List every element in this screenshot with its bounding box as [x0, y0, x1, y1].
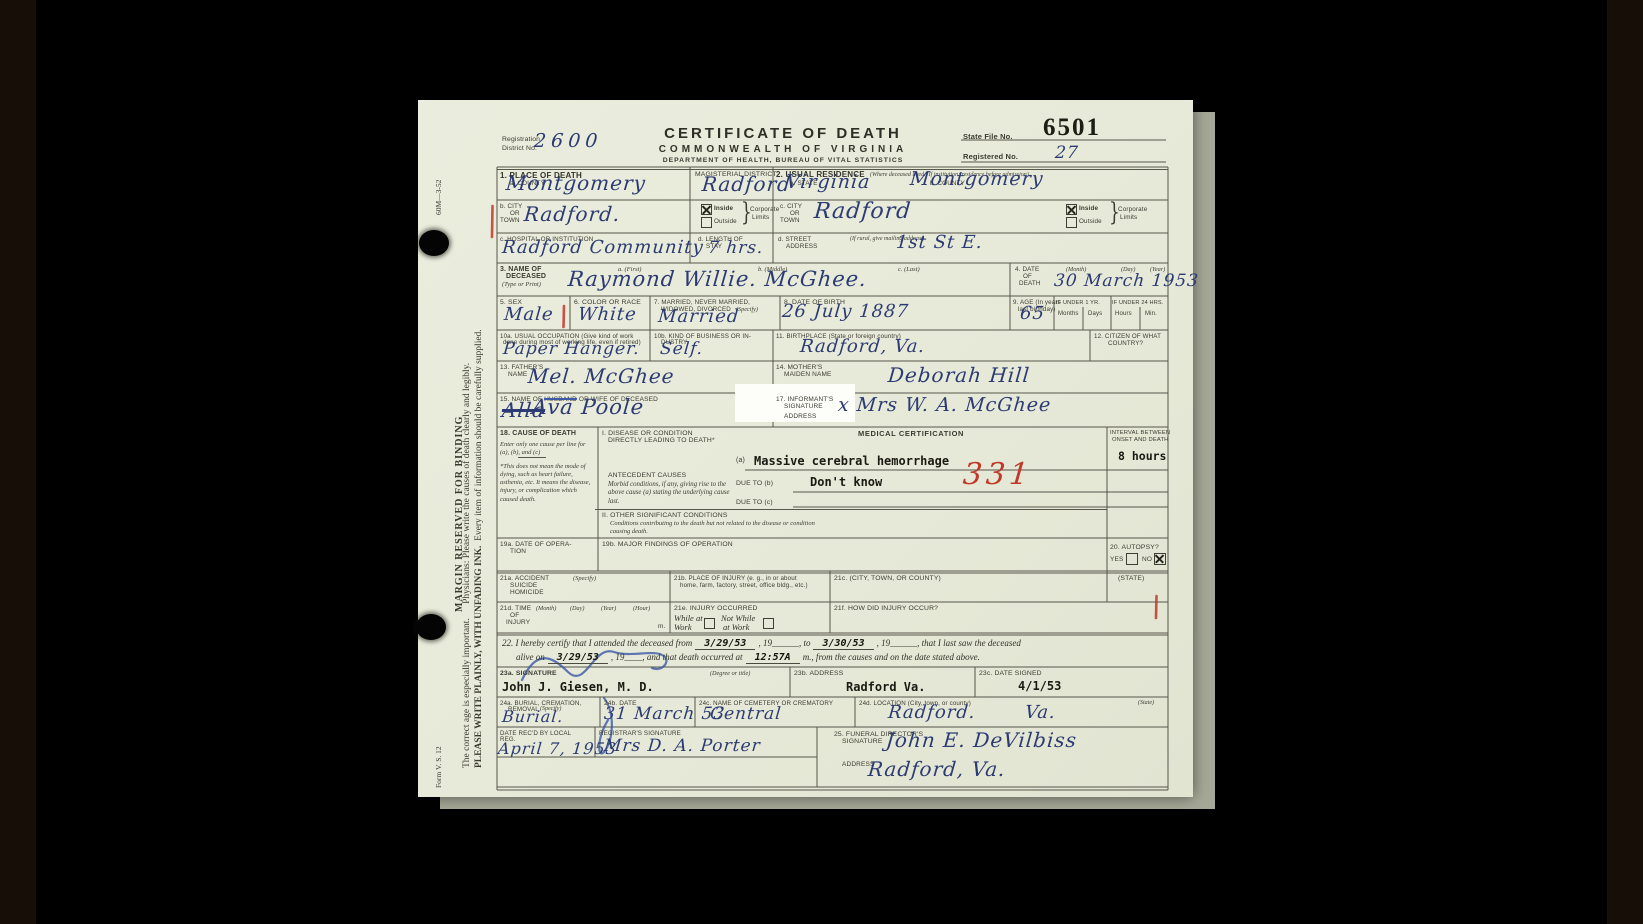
date-signed-label: 23c. DATE SIGNED [979, 670, 1042, 678]
date-signed-value: 4/1/53 [1018, 679, 1061, 693]
injury-state-label: (STATE) [1118, 575, 1144, 583]
other-conditions-label: II. OTHER SIGNIFICANT CONDITIONS [602, 512, 728, 520]
business-value: Self. [659, 341, 704, 358]
date-of-death-label-3: DEATH [1019, 280, 1041, 287]
attended-to-date: 3/30/53 [813, 638, 873, 650]
physicians-note: Physicians: Please write the causes of d… [462, 363, 472, 618]
time-of-death-value: 12:57A [746, 652, 800, 664]
registration-district-value: 2600 [533, 132, 603, 151]
funeral-director-value: John E. DeVilbiss [885, 730, 1078, 750]
interval-value: 8 hours [1118, 449, 1166, 463]
outside-label: Outside [714, 218, 737, 225]
due-to-b-label: DUE TO (b) [736, 480, 773, 488]
age-value: 65 [1019, 305, 1045, 323]
residence-limits-label: Limits [1120, 214, 1137, 221]
spouse-value: Ava Poole [531, 397, 645, 418]
physician-signature-label: 23a. SIGNATURE [500, 670, 557, 678]
red-code-331: 331 [962, 460, 1034, 490]
autopsy-yes-checkbox [1126, 553, 1138, 565]
residence-inside-checkbox-checked [1066, 204, 1077, 215]
if-under-24hrs-label: IF UNDER 24 HRS. [1112, 300, 1164, 306]
residence-corporate-label: Corporate [1118, 206, 1147, 213]
state-file-label: State File No. [963, 133, 1013, 142]
residence-county-value: Montgomery [909, 170, 1044, 189]
deceased-name-value: Raymond Willie. McGhee. [567, 269, 868, 290]
street-address-value: 1st St E. [895, 234, 983, 252]
cemetery-value: Central [709, 706, 782, 723]
other-conditions-note: Conditions contributing to the death but… [610, 520, 820, 536]
residence-city-label-3: TOWN [780, 217, 800, 224]
margin-age-note: The correct age is especially important.… [462, 363, 472, 768]
cause-of-death-label: 18. CAUSE OF DEATH [500, 430, 576, 438]
time-of-injury-label-3: INJURY [506, 619, 530, 626]
date-of-birth-value: 26 July 1887 [781, 303, 909, 321]
certify-text-1: 22. I hereby certify that I attended the… [502, 638, 692, 648]
burial-location-state-note: (State) [1138, 700, 1154, 708]
commonwealth-subtitle: COMMONWEALTH OF VIRGINIA [618, 144, 948, 155]
hospital-value: Radford Community [501, 239, 704, 257]
margin-write-plainly-note: PLEASE WRITE PLAINLY, WITH UNFADING INK.… [474, 329, 484, 768]
interval-label-1: INTERVAL BETWEEN [1110, 430, 1170, 437]
father-label-2: NAME [508, 371, 527, 378]
injury-city-label: 21c. (CITY, TOWN, OR COUNTY) [834, 575, 941, 583]
cause-a-label: (a) [736, 457, 745, 465]
cause-note-2: *This does not mean the mode of dying, s… [500, 463, 593, 504]
due-to-c-label: DUE TO (c) [736, 499, 773, 507]
autopsy-label: 20. AUTOPSY? [1110, 544, 1159, 552]
burial-date-value: 31 March 53 [603, 706, 726, 723]
write-plainly-rest: Every item of information should be care… [474, 329, 484, 545]
registrar-signature-value: Mrs D. A. Porter [603, 738, 761, 755]
street-address-label-2: ADDRESS [786, 243, 818, 250]
major-findings-label: 19b. MAJOR FINDINGS OF OPERATION [602, 541, 733, 549]
burial-location-value: Radford. Va. [887, 704, 1056, 722]
autopsy-yes-label: YES [1110, 556, 1123, 563]
mother-name-value: Deborah Hill [887, 365, 1031, 385]
residence-inside-label: Inside [1079, 205, 1098, 212]
injury-hour-label: (Hour) [633, 605, 650, 613]
county-value: Montgomery [505, 173, 647, 193]
injury-occurred-label: 21e. INJURY OCCURRED [674, 605, 758, 613]
cause-note-1: Enter only one cause per line for (a), (… [500, 441, 590, 457]
punch-hole-bottom [416, 614, 446, 640]
autopsy-no-label: NO [1142, 556, 1152, 563]
inside-label: Inside [714, 205, 733, 212]
date-recd-value: April 7, 1953 [497, 741, 617, 757]
registered-no-label: Registered No. [963, 153, 1018, 162]
death-certificate: 60M—3-52 Form V. S. 12 MARGIN RESERVED F… [418, 100, 1193, 797]
disease-label-2: DIRECTLY LEADING TO DEATH* [608, 437, 715, 445]
min-label: Min. [1145, 311, 1157, 318]
accident-specify-note: (Specify) [573, 575, 596, 583]
while-at-label-2: Work [674, 622, 692, 632]
interval-label-2: ONSET AND DEATH [1112, 437, 1168, 444]
occupation-value: Paper Hanger. [502, 341, 640, 358]
accident-label-3: HOMICIDE [510, 589, 544, 596]
residence-state-value: Virginia [785, 173, 871, 192]
punch-hole-top [419, 230, 449, 256]
birthplace-value: Radford, Va. [799, 338, 926, 356]
print-code: 60M—3-52 [434, 180, 443, 215]
informant-label-2: SIGNATURE [784, 403, 823, 410]
name-of-deceased-label-2: DECEASED [506, 273, 546, 281]
date-of-death-value: 30 March 1953 [1053, 273, 1199, 290]
scan-edge-right [1607, 0, 1643, 924]
certify-text-2: , 19______, to [758, 638, 810, 648]
cause-a-value: Massive cerebral hemorrhage [754, 454, 949, 468]
sex-value: Male [503, 306, 554, 324]
place-of-injury-label-2: home, farm, factory, street, office bldg… [680, 582, 808, 589]
residence-outside-label: Outside [1079, 218, 1102, 225]
physician-signature-value: John J. Giesen, M. D. [502, 680, 654, 694]
burial-value: Burial. [501, 709, 564, 725]
department-line: DEPARTMENT OF HEALTH, BUREAU OF VITAL ST… [618, 157, 948, 164]
date-of-operation-label-2: TION [510, 548, 526, 555]
marital-value: Married [657, 308, 740, 326]
type-or-print-note: (Type or Print) [502, 281, 541, 289]
last-name-label: c. (Last) [898, 266, 920, 274]
outside-checkbox [701, 217, 712, 228]
medical-certification-title: MEDICAL CERTIFICATION [858, 430, 964, 439]
residence-city-value: Radford [813, 201, 912, 223]
write-plainly-bold: PLEASE WRITE PLAINLY, WITH UNFADING INK. [474, 546, 484, 768]
registration-label-2: District No. [502, 145, 537, 153]
certify-line-1: 22. I hereby certify that I attended the… [502, 638, 1021, 650]
length-of-stay-value: 7 hrs. [707, 240, 764, 257]
while-at-work-checkbox [704, 618, 715, 629]
injury-year-label: (Year) [601, 605, 616, 613]
city-label-3: TOWN [500, 217, 520, 224]
days-label: Days [1088, 311, 1102, 318]
physician-address-value: Radford Va. [846, 680, 925, 694]
mother-label-2: MAIDEN NAME [784, 371, 832, 378]
scan-edge-left [0, 0, 36, 924]
citizen-label-2: COUNTRY? [1108, 340, 1143, 347]
form-number: Form V. S. 12 [434, 746, 443, 788]
city-value: Radford. [523, 204, 621, 224]
if-under-1yr-label: IF UNDER 1 YR. [1056, 300, 1100, 306]
how-injury-occurred-label: 21f. HOW DID INJURY OCCUR? [834, 605, 938, 613]
certify-text-5: , 19____, and that death occurred at [611, 652, 743, 662]
inside-checkbox-checked [701, 204, 712, 215]
cause-b-value: Don't know [810, 475, 882, 489]
morbid-conditions-note: Morbid conditions, if any, giving rise t… [608, 481, 734, 506]
autopsy-no-checkbox-checked [1154, 553, 1166, 565]
informant-signature-value: x Mrs W. A. McGhee [837, 396, 1052, 415]
certify-text-6: m., from the causes and on the date stat… [803, 652, 980, 662]
color-race-value: White [577, 306, 637, 324]
residence-outside-checkbox [1066, 217, 1077, 228]
informant-address-label: ADDRESS [784, 413, 816, 420]
months-label: Months [1058, 311, 1079, 318]
injury-month-label: (Month) [536, 605, 556, 613]
certify-text-3: , 19______, that I last saw the deceased [877, 638, 1021, 648]
registered-no-value: 27 [1054, 145, 1079, 162]
state-file-number: 6501 [1043, 114, 1101, 142]
last-seen-alive-date: 3/29/53 [548, 652, 608, 664]
injury-m-label: m. [658, 623, 666, 630]
certificate-title: CERTIFICATE OF DEATH [618, 125, 948, 142]
funeral-director-label-2: SIGNATURE [842, 738, 883, 746]
age-note: The correct age is especially important. [462, 618, 472, 768]
limits-label: Limits [752, 214, 769, 221]
not-while-label-2: at Work [723, 622, 749, 632]
injury-day-label: (Day) [570, 605, 584, 613]
hours-label: Hours [1115, 311, 1132, 318]
physician-address-label: 23b. ADDRESS [794, 670, 843, 678]
degree-or-title-note: (Degree or title) [710, 670, 750, 678]
corporate-label: Corporate [750, 206, 779, 213]
attended-from-date: 3/29/53 [695, 638, 755, 650]
not-while-at-work-checkbox [763, 618, 774, 629]
father-name-value: Mel. McGhee [527, 366, 675, 386]
certify-line-2: alive on3/29/53, 19____, and that death … [516, 652, 980, 664]
antecedent-causes-label: ANTECEDENT CAUSES [608, 472, 686, 480]
certify-text-4: alive on [516, 652, 545, 662]
scanned-page-background: 60M—3-52 Form V. S. 12 MARGIN RESERVED F… [0, 0, 1643, 924]
funeral-director-address-value: Radford, Va. [867, 759, 1006, 779]
